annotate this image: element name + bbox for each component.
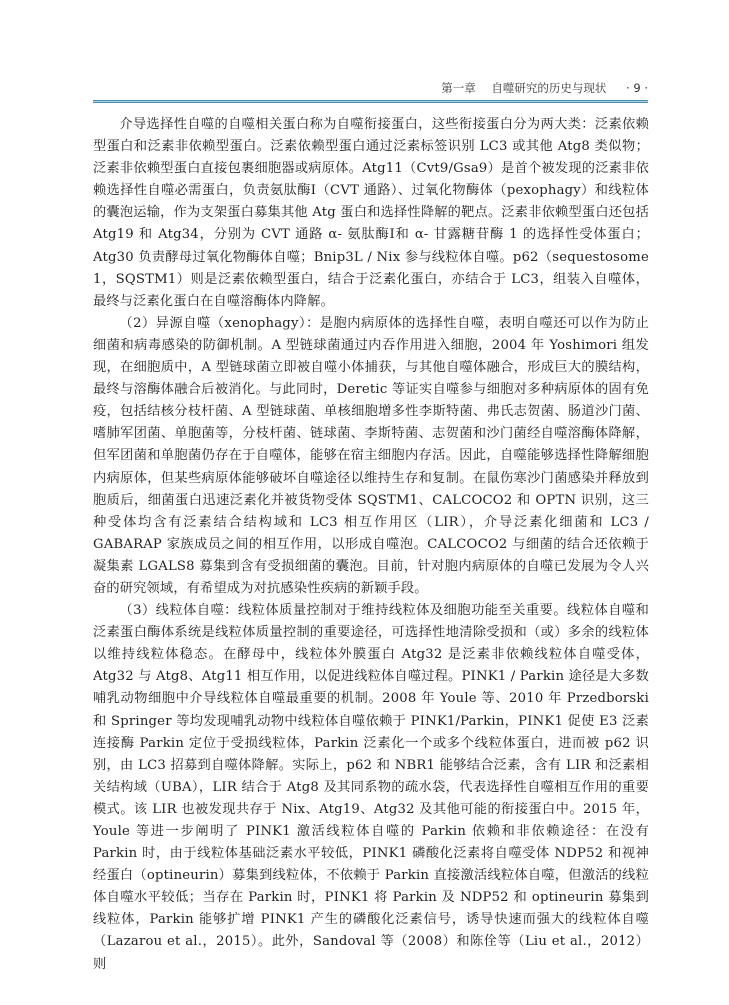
header-rule <box>93 100 648 103</box>
paragraph-xenophagy: （2）异源自噬（xenophagy）：是胞内病原体的选择性自噬，表明自噬还可以作… <box>93 313 649 600</box>
chapter-title: 自噬研究的历史与现状 <box>491 81 606 95</box>
header-text: 第一章 自噬研究的历史与现状 · 9 · <box>441 80 648 96</box>
chapter-label: 第一章 <box>441 81 476 95</box>
paragraph-mitophagy: （3）线粒体自噬：线粒体质量控制对于维持线粒体及细胞功能至关重要。线粒体自噬和泛… <box>93 600 649 976</box>
page-number: · 9 · <box>626 81 648 95</box>
running-header: 第一章 自噬研究的历史与现状 · 9 · <box>93 80 648 100</box>
paragraph-adaptor-proteins: 介导选择性自噬的自噬相关蛋白称为自噬衔接蛋白，这些衔接蛋白分为两大类：泛素依赖型… <box>93 114 649 313</box>
body-text: 介导选择性自噬的自噬相关蛋白称为自噬衔接蛋白，这些衔接蛋白分为两大类：泛素依赖型… <box>93 114 649 976</box>
